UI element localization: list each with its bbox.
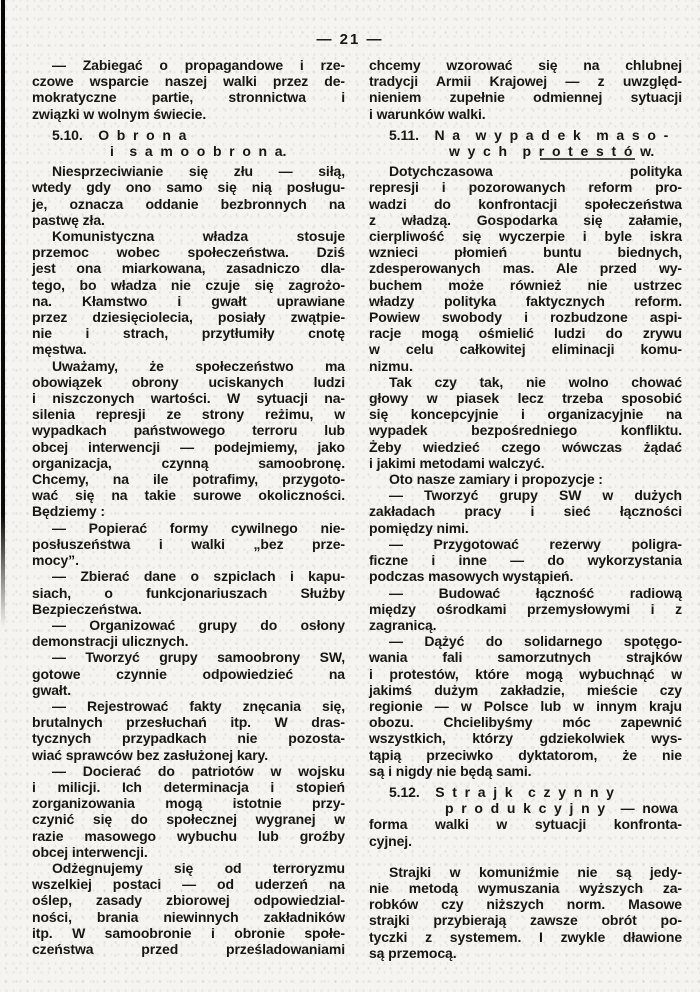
text-line: mokratyczne partie, stronnictwa i	[32, 89, 345, 105]
text-line: tyczki z systemem. I zwykle dławione	[369, 929, 682, 945]
text-line: Tak czy tak, nie wolno chować	[369, 374, 682, 390]
paragraph-oto-nasze: Oto nasze zamiary i propozycje :	[369, 471, 682, 487]
scan-edge-artifact	[1, 0, 5, 628]
text-line: p r o d u k c y j n y — nowa	[445, 800, 682, 816]
text-line: podczas masowych wystąpień.	[369, 568, 682, 584]
text-line: Chcemy, na ile potrafimy, przygoto-	[32, 471, 345, 487]
text-line: i s a m o o b r o n a.	[110, 143, 345, 159]
paragraph-komunistyczna: Komunistyczna władza stosujeprzemoc wobe…	[32, 228, 345, 358]
text-line: wania fali samorzutnych strajków	[369, 649, 682, 665]
text-line: zdesperowanych mas. Ale przed wy-	[369, 260, 682, 276]
section-heading-5-10: 5.10. O b r o n ai s a m o o b r o n a.	[32, 127, 345, 159]
text-line: czynić się do społecznej wygranej w	[32, 811, 345, 827]
text-columns: — Zabiegać o propagandowe i rze-czowe ws…	[32, 57, 682, 961]
text-line: jest ona miarkowana, zasadniczo dla-	[32, 260, 345, 276]
paragraph-zabiegac: — Zabiegać o propagandowe i rze-czowe ws…	[32, 57, 345, 122]
paragraph-organizowac: — Organizować grupy do osłonydemonstracj…	[32, 617, 345, 649]
text-line: Oto nasze zamiary i propozycje :	[369, 471, 682, 487]
text-line: obcej interwencji.	[32, 844, 345, 860]
text-line: i jakimi metodami walczyć.	[369, 455, 682, 471]
text-line: w y c h p r o t e s t ó w.	[449, 143, 682, 159]
text-line: racje mogą ośmielić ludzi do zrywu	[369, 325, 682, 341]
text-line: zorganizowania mogą istotnie przy-	[32, 795, 345, 811]
text-line: zagranicą.	[369, 617, 682, 633]
text-line: robków czy niższych norm. Masowe	[369, 896, 682, 912]
text-line: — Popierać formy cywilnego nie-	[32, 520, 345, 536]
text-line: brutalnych przesłuchań itp. W dras-	[32, 714, 345, 730]
paragraph-dazyc: — Dążyć do solidarnego spotęgo-wania fal…	[369, 633, 682, 779]
paragraph-strajki: Strajki w komuniźmie nie są jedy-nie met…	[369, 864, 682, 961]
text-line: i niszczonych wartości. W sytuacji na-	[32, 390, 345, 406]
text-line: obowiązek obrony uciskanych ludzi	[32, 374, 345, 390]
paragraph-rejestrowac: — Rejestrować fakty znęcania się,brutaln…	[32, 698, 345, 763]
text-line: pomiędzy nimi.	[369, 520, 682, 536]
text-line: wać się na takie surowe okoliczności.	[32, 487, 345, 503]
text-line: oślep, zasady zbiorowej odpowiedzial-	[32, 892, 345, 908]
text-line: tego, bo władza nie czuje się zagrożo-	[32, 277, 345, 293]
left-column: — Zabiegać o propagandowe i rze-czowe ws…	[32, 57, 345, 961]
text-line: Strajki w komuniźmie nie są jedy-	[369, 864, 682, 880]
paragraph-budowac: — Budować łączność radiowąmiędzy ośrodka…	[369, 585, 682, 634]
text-line: — Tworzyć grupy SW w dużych	[369, 487, 682, 503]
text-line: wszystkich, którzy gdziekolwiek wys-	[369, 730, 682, 746]
paragraph-uwazamy: Uważamy, że społeczeństwo maobowiązek ob…	[32, 358, 345, 520]
text-line: obozu. Chcielibyśmy móc zapewnić	[369, 714, 682, 730]
text-line: — Tworzyć grupy samoobrony SW,	[32, 649, 345, 665]
text-line: — Docierać do patriotów w wojsku	[32, 763, 345, 779]
text-line: tycznych przypadkach nie pozosta-	[32, 730, 345, 746]
text-line: regionie — w Polsce lub w innym kraju	[369, 698, 682, 714]
text-line: — Przygotować rezerwy poligra-	[369, 536, 682, 552]
text-line: wadzi do konfrontacji społeczeństwa	[369, 196, 682, 212]
text-line: Niesprzeciwianie się złu — siłą,	[32, 163, 345, 179]
right-column: chcemy wzorować się na chlubnejtradycji …	[369, 57, 682, 961]
text-line: chcemy wzorować się na chlubnej	[369, 57, 682, 73]
text-line: cyjnej.	[369, 833, 682, 849]
text-line: głowy w piasek lecz trzeba sposobić	[369, 390, 682, 406]
text-line: itp. W samoobronie i obronie społe-	[32, 925, 345, 941]
text-line: tąpią przeciwko dyktatorom, że nie	[369, 747, 682, 763]
text-line: Bezpieczeństwa.	[32, 601, 345, 617]
text-line: są przemocą.	[369, 945, 682, 961]
text-line: wszelkiej postaci — od uderzeń na	[32, 876, 345, 892]
text-line: forma walki w sytuacji konfronta-	[369, 816, 682, 832]
text-line: — Budować łączność radiową	[369, 585, 682, 601]
text-line: są i nigdy nie będą sami.	[369, 763, 682, 779]
paragraph-chcemy-wzorowac: chcemy wzorować się na chlubnejtradycji …	[369, 57, 682, 122]
paragraph-zbierac: — Zbierać dane o szpiclach i kapu-siach,…	[32, 568, 345, 617]
text-line: Żeby wiedzieć czego wówczas żądać	[369, 439, 682, 455]
text-line: przemoc wobec społeczeństwa. Dziś	[32, 244, 345, 260]
text-line: Odżegnujemy się od terroryzmu	[32, 860, 345, 876]
paragraph-docierac: — Docierać do patriotów w wojskui milicj…	[32, 763, 345, 860]
text-line: wypadkach państwowego terroru lub	[32, 422, 345, 438]
text-line: na. Kłamstwo i gwałt uprawiane	[32, 293, 345, 309]
text-line: organizacja, czynną samoobronę.	[32, 455, 345, 471]
text-line: nizmu.	[369, 358, 682, 374]
text-line: 5.11. N a w y p a d e k m a s o -	[389, 127, 682, 143]
paragraph-tak-czy-tak: Tak czy tak, nie wolno chowaćgłowy w pia…	[369, 374, 682, 471]
text-line: zakładach pracy i sieć łączności	[369, 503, 682, 519]
text-line: i protestów, które mogą wybuchnąć w	[369, 666, 682, 682]
text-line: ności, brania niewinnych zakładników	[32, 909, 345, 925]
paragraph-dotychczasowa: Dotychczasowa politykarepresji i pozorow…	[369, 163, 682, 374]
text-line: władzy polityka faktycznych reform.	[369, 293, 682, 309]
text-line: tradycji Armii Krajowej — z uwzględ-	[369, 73, 682, 89]
text-line: i milicji. Ich determinacja i stopień	[32, 779, 345, 795]
text-line: się koncepcyjnie i organizacyjnie na	[369, 406, 682, 422]
text-line: ficzne i inne — do wykorzystania	[369, 552, 682, 568]
text-line: nieniem zupełnie odmiennej sytuacji	[369, 89, 682, 105]
text-line: męstwa.	[32, 341, 345, 357]
text-line: 5.12. S t r a j k c z y n n y	[389, 784, 682, 800]
text-line: czeństwa przed prześladowaniami	[32, 941, 345, 957]
text-line: — Zbierać dane o szpiclach i kapu-	[32, 568, 345, 584]
section-heading-5-11: 5.11. N a w y p a d e k m a s o -w y c h…	[369, 127, 682, 159]
text-line: cierpliwość się wyczerpie i byle iskra	[369, 228, 682, 244]
paragraph-tworzyc-grupy: — Tworzyć grupy samoobrony SW,gotowe czy…	[32, 649, 345, 698]
text-line: pastwę zła.	[32, 212, 345, 228]
text-line: 5.10. O b r o n a	[52, 127, 345, 143]
paragraph-przygotowac: — Przygotować rezerwy poligra-ficzne i i…	[369, 536, 682, 585]
text-line: między ośrodkami przemysłowymi i z	[369, 601, 682, 617]
text-line: gotowe czynnie odpowiedzieć na	[32, 666, 345, 682]
paragraph-popierac: — Popierać formy cywilnego nie-posłuszeń…	[32, 520, 345, 569]
text-line: w celu całkowitej eliminacji komu-	[369, 341, 682, 357]
paragraph-tworzyc-sw: — Tworzyć grupy SW w dużychzakładach pra…	[369, 487, 682, 536]
text-line: obcej interwencji — podejmiemy, jako	[32, 439, 345, 455]
text-line: — Rejestrować fakty znęcania się,	[32, 698, 345, 714]
text-line: mocy”.	[32, 552, 345, 568]
text-line: posłuszeństwa i walki „bez prze-	[32, 536, 345, 552]
text-line: je, oznacza oddanie bezbronnych na	[32, 196, 345, 212]
paragraph-niesprzeciwianie: Niesprzeciwianie się złu — siłą,wtedy gd…	[32, 163, 345, 228]
text-line: wznieci płomień buntu biednych,	[369, 244, 682, 260]
text-line: siach, o funkcjonariuszach Służby	[32, 585, 345, 601]
text-line: jakimś dużym zakładzie, mieście czy	[369, 682, 682, 698]
text-line: — Organizować grupy do osłony	[32, 617, 345, 633]
text-line: Uważamy, że społeczeństwo ma	[32, 358, 345, 374]
text-line: czowe wsparcie naszej walki przez de-	[32, 73, 345, 89]
text-line: Dotychczasowa polityka	[369, 163, 682, 179]
page-number: — 21 —	[0, 31, 700, 48]
text-line: przez dziesięciolecia, posiały zwątpie-	[32, 309, 345, 325]
text-line: razie masowego wybuchu lub groźby	[32, 828, 345, 844]
text-line: demonstracji ulicznych.	[32, 633, 345, 649]
text-line: gwałt.	[32, 682, 345, 698]
text-line: — Zabiegać o propagandowe i rze-	[32, 57, 345, 73]
text-line: z władzą. Gospodarka się załamie,	[369, 212, 682, 228]
underline-artifact	[540, 158, 635, 160]
text-line: Będziemy :	[32, 503, 345, 519]
text-line: — Dążyć do solidarnego spotęgo-	[369, 633, 682, 649]
text-line: wiać sprawców bez zasłużonej kary.	[32, 747, 345, 763]
text-line: silenia represji ze strony reżimu, w	[32, 406, 345, 422]
text-line: represji i pozorowanych reform pro-	[369, 179, 682, 195]
text-line: wypadek bezpośredniego konfliktu.	[369, 422, 682, 438]
text-line: buchem może również nie ustrzec	[369, 277, 682, 293]
text-line: strajki przybierają zawsze obrót po-	[369, 912, 682, 928]
text-line: nie metodą wymuszania wyższych za-	[369, 880, 682, 896]
text-line: Powiew swobody i rozbudzone aspi-	[369, 309, 682, 325]
section-heading-5-12: 5.12. S t r a j k c z y n n yp r o d u k…	[369, 784, 682, 816]
paragraph-forma-walki: forma walki w sytuacji konfronta-cyjnej.	[369, 816, 682, 848]
text-line: Komunistyczna władza stosuje	[32, 228, 345, 244]
paragraph-odzegnujemy: Odżegnujemy się od terroryzmuwszelkiej p…	[32, 860, 345, 957]
text-line: związki w wolnym świecie.	[32, 106, 345, 122]
text-line: i warunków walki.	[369, 106, 682, 122]
scanned-document-page: — 21 — — Zabiegać o propagandowe i rze-c…	[0, 0, 700, 992]
text-line: nie i strach, przytłumiły cnotę	[32, 325, 345, 341]
text-line: wtedy gdy ono samo się nią posługu-	[32, 179, 345, 195]
